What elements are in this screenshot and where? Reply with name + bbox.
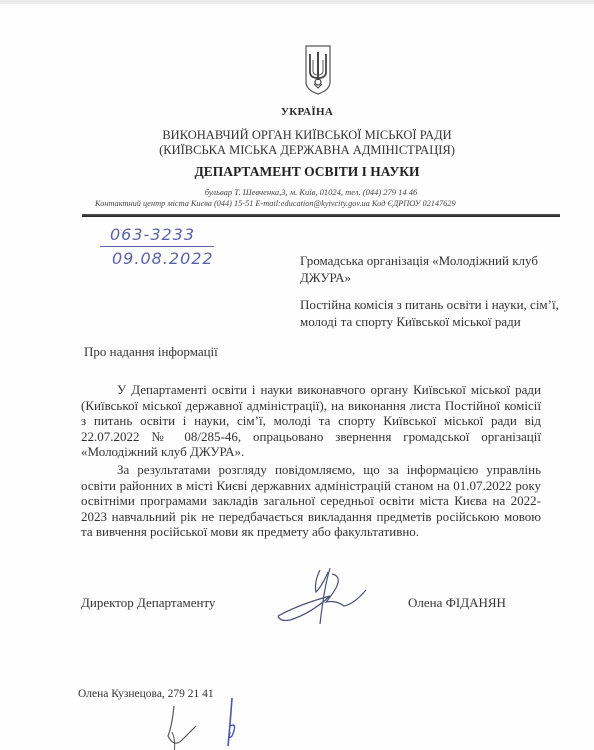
- signatory-title: Директор Департаменту: [81, 595, 215, 611]
- body-paragraph-2: За результатами розгляду повідомляємо, щ…: [81, 462, 541, 540]
- address-line: бульвар Т. Шевченка,3, м. Київ, 01024, т…: [14, 187, 594, 197]
- signatory-name: Олена ФІДАНЯН: [408, 595, 506, 611]
- registration-date: 09.08.2022: [112, 249, 214, 268]
- letterhead-divider: [82, 214, 560, 217]
- registration-divider: [100, 246, 214, 247]
- trident-emblem-icon: [304, 44, 332, 96]
- recipient-2: Постійна комісія з питань освіти і науки…: [300, 296, 580, 330]
- organization-subname: (КИЇВСЬКА МІСЬКА ДЕРЖАВНА АДМІНІСТРАЦІЯ): [10, 143, 594, 158]
- body-paragraph-1: У Департаменті освіти і науки виконавчог…: [81, 382, 541, 460]
- contact-line: Контактний центр міста Києва (044) 15-51…: [95, 199, 456, 208]
- department-name: ДЕПАРТАМЕНТ ОСВІТИ І НАУКИ: [10, 164, 594, 180]
- recipient-1: Громадська організація «Молодіжний клуб …: [300, 252, 580, 286]
- signature-icon: [270, 564, 380, 626]
- initials-icon: [160, 696, 250, 750]
- country-heading: УКРАЇНА: [10, 106, 594, 118]
- document-page: УКРАЇНА ВИКОНАВЧИЙ ОРГАН КИЇВСЬКОЇ МІСЬК…: [0, 4, 594, 750]
- registration-number: 063-3233: [110, 225, 195, 244]
- organization-name: ВИКОНАВЧИЙ ОРГАН КИЇВСЬКОЇ МІСЬКОЇ РАДИ: [10, 128, 594, 143]
- letter-subject: Про надання інформації: [84, 344, 218, 360]
